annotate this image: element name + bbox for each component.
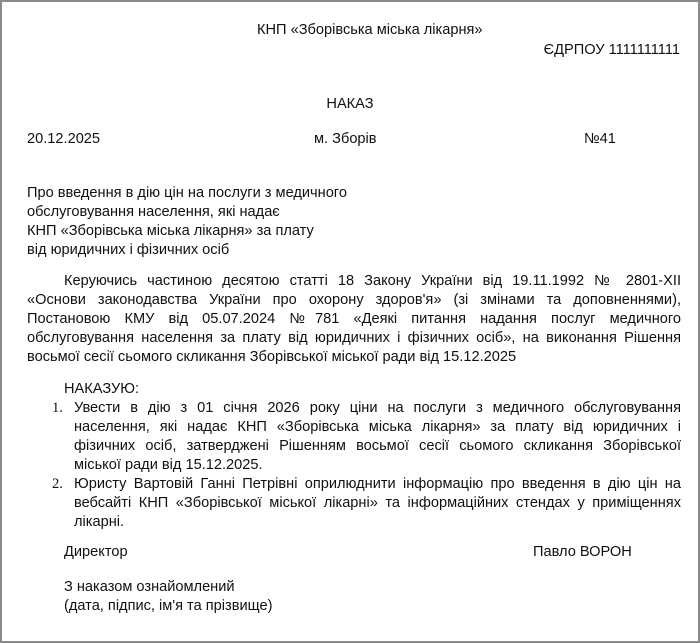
acknowledgement-label: З наказом ознайомлений <box>64 578 235 597</box>
edrpou-code: ЄДРПОУ 1111111111 <box>544 41 680 60</box>
preamble-paragraph: Керуючись частиною десятою статті 18 Зак… <box>27 272 681 367</box>
order-line: міської ради від 15.12.2025. <box>74 456 681 475</box>
orders-label: НАКАЗУЮ: <box>64 380 139 399</box>
orders-list: 1. Увести в дію з 01 січня 2026 року цін… <box>27 399 681 532</box>
subject-line: обслуговування населення, які надає <box>27 203 427 222</box>
preamble-line: Керуючись частиною десятою статті 18 Зак… <box>27 272 681 291</box>
preamble-line: обслуговування населення за плату від юр… <box>27 329 681 348</box>
signature-position: Директор <box>64 543 128 562</box>
order-line: Юристу Вартовій Ганні Петрівні оприлюдни… <box>74 475 681 494</box>
order-item: 2. Юристу Вартовій Ганні Петрівні оприлю… <box>27 475 681 532</box>
order-line: фізичних осіб, затверджені Рішенням вось… <box>74 437 681 456</box>
document-number: №41 <box>584 130 616 149</box>
subject-line: Про введення в дію цін на послуги з меди… <box>27 184 427 203</box>
document-title: НАКАЗ <box>2 95 698 114</box>
document-city: м. Зборів <box>314 130 377 149</box>
order-line: Увести в дію з 01 січня 2026 року ціни н… <box>74 399 681 418</box>
signature-name: Павло ВОРОН <box>533 543 632 562</box>
order-line: вебсайті КНП «Зборівської міської лікарн… <box>74 494 681 513</box>
document-subject: Про введення в дію цін на послуги з меди… <box>27 184 427 260</box>
order-number: 1. <box>52 399 63 418</box>
document-date: 20.12.2025 <box>27 130 100 149</box>
preamble-line: «Основи законодавства України про охорон… <box>27 291 681 310</box>
preamble-line: восьмої сесії сьомого скликання Зборівсь… <box>27 348 681 367</box>
preamble-line: Постановою КМУ від 05.07.2024 №781 «Деяк… <box>27 310 681 329</box>
order-line: лікарні. <box>74 513 681 532</box>
order-item: 1. Увести в дію з 01 січня 2026 року цін… <box>27 399 681 475</box>
subject-line: КНП «Зборівська міська лікарня» за плату <box>27 222 427 241</box>
order-line: населення, які надає КНП «Зборівська міс… <box>74 418 681 437</box>
acknowledgement-hint: (дата, підпис, ім'я та прізвище) <box>64 597 272 616</box>
organization-name: КНП «Зборівська міська лікарня» <box>257 21 483 40</box>
order-number: 2. <box>52 475 63 494</box>
document-page: КНП «Зборівська міська лікарня» ЄДРПОУ 1… <box>0 0 700 643</box>
subject-line: від юридичних і фізичних осіб <box>27 241 427 260</box>
